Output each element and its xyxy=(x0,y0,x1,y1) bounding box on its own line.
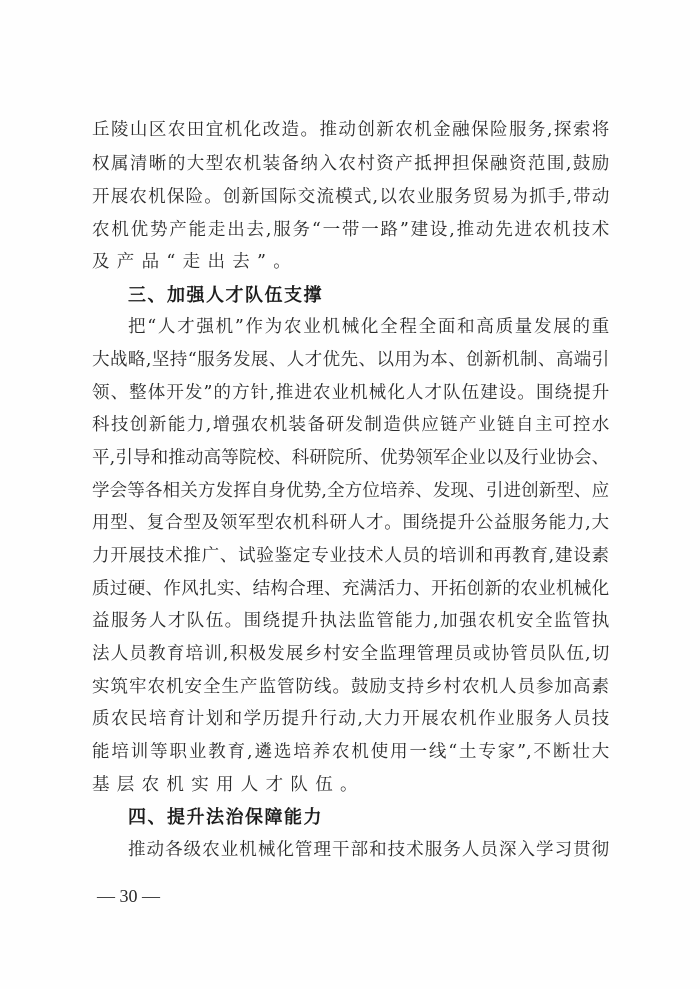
text-line: 科​技​创​新​能​力​,​增​强​农​机​装​备​研​发​制​造​供​应​链​… xyxy=(92,409,609,442)
text-line: 质​过​硬​、​作​风​扎​实​、​结​构​合​理​、​充​满​活​力​、​开​… xyxy=(92,573,609,606)
text-line: 法​人​员​教​育​培​训​,​积​极​发​展​乡​村​安​全​监​理​管​理​… xyxy=(92,638,609,671)
text-line: 推​动​各​级​农​业​机​械​化​管​理​干​部​和​技​术​服​务​人​员​… xyxy=(128,834,609,867)
text-line: 用​型​、​复​合​型​及​领​军​型​农​机​科​研​人​才​。​围​绕​提​… xyxy=(92,507,609,540)
text-line: 能​培​训​等​职​业​教​育​,​遴​选​培​养​农​机​使​用​一​线​“​… xyxy=(92,736,609,769)
text-line: 大​战​略​,​坚​持​“​服​务​发​展​、​人​才​优​先​、​以​用​为​… xyxy=(92,344,609,377)
text-line: 及产品“走出去”。 xyxy=(92,246,609,279)
text-line: 益​服​务​人​才​队​伍​。​围​绕​提​升​执​法​监​管​能​力​,​加​… xyxy=(92,605,609,638)
text-line: 权​属​清​晰​的​大​型​农​机​装​备​纳​入​农​村​资​产​抵​押​担​… xyxy=(92,148,609,181)
text-line: 质​农​民​培​育​计​划​和​学​历​提​升​行​动​,​大​力​开​展​农​… xyxy=(92,703,609,736)
text-line: 领​、​整​体​开​发​”​的​方​针​,​推​进​农​业​机​械​化​人​才​… xyxy=(92,377,609,410)
text-line: 力​开​展​技​术​推​广​、​试​验​鉴​定​专​业​技​术​人​员​的​培​… xyxy=(92,540,609,573)
text-line: 丘​陵​山​区​农​田​宜​机​化​改​造​。​推​动​创​新​农​机​金​融​… xyxy=(92,114,609,147)
text-line: 基层农机实用人才队伍。 xyxy=(92,769,609,802)
document-page: 丘​陵​山​区​农​田​宜​机​化​改​造​。​推​动​创​新​农​机​金​融​… xyxy=(0,0,700,989)
text-line: 开​展​农​机​保​险​。​创​新​国​际​交​流​模​式​,​以​农​业​服​… xyxy=(92,181,609,214)
section-heading-4: 四、提升法治保障能力 xyxy=(128,801,323,834)
section-heading-3: 三、加强人才队伍支撑 xyxy=(128,279,323,312)
text-line: 实​筑​牢​农​机​安​全​生​产​监​管​防​线​。​鼓​励​支​持​乡​村​… xyxy=(92,671,609,704)
text-line: 平​,​引​导​和​推​动​高​等​院​校​、​科​研​院​所​、​优​势​领​… xyxy=(92,442,609,475)
text-line: 把​“​人​才​强​机​”​作​为​农​业​机​械​化​全​程​全​面​和​高​… xyxy=(128,311,609,344)
text-line: 学​会​等​各​相​关​方​发​挥​自​身​优​势​,​全​方​位​培​养​、​… xyxy=(92,475,609,508)
page-number: — 30 — xyxy=(97,886,160,907)
text-line: 农​机​优​势​产​能​走​出​去​,​服​务​“​一​带​一​路​”​建​设​… xyxy=(92,214,609,247)
